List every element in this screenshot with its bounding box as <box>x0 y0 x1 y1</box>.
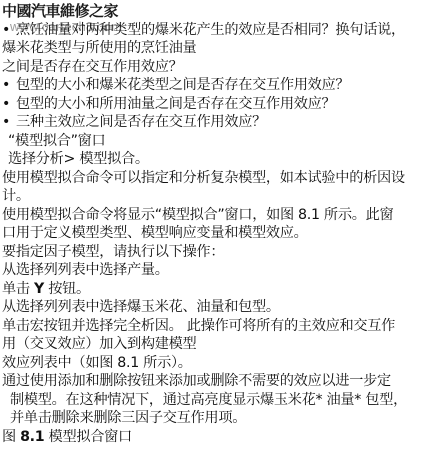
paragraph-line: 用（交叉效应）加入到构建模型 <box>2 335 443 354</box>
y-button-label: Y <box>34 281 44 297</box>
paragraph-line: 计。 <box>2 187 443 206</box>
bullet-icon: • <box>2 113 16 132</box>
paragraph-line: 从选择列列表中选择产量。 <box>2 261 443 280</box>
paragraph-line: 并单击删除来删除三因子交互作用项。 <box>2 409 443 428</box>
section-heading: “模型拟合”窗口 <box>2 132 443 151</box>
paragraph-line: 单击宏按钮并选择完全析因。 此操作可将所有的主效应和交互作 <box>2 317 443 336</box>
paragraph-line: 口用于定义模型类型、模型响应变量和模型效应。 <box>2 224 443 243</box>
step-line: 选择分析> 模型拟合。 <box>2 150 443 169</box>
bullet-item: •三种主效应之间是否存在交互作用效应？ <box>2 113 443 132</box>
document-body: •烹饪油量对两种类型的爆米花产生的效应是否相同？换句话说， 爆米花类型与所使用的… <box>2 2 443 446</box>
figure-caption: 图 8.1 模型拟合窗口 <box>2 428 443 447</box>
paragraph-line: 制模型。在这种情况下，通过高亮度显示爆玉米花* 油量* 包型， <box>2 391 443 410</box>
bullet-text: 三种主效应之间是否存在交互作用效应？ <box>16 114 266 130</box>
bullet-icon: • <box>2 95 16 114</box>
paragraph-line: 使用模型拟合命令可以指定和分析复杂模型，如本试验中的析因设 <box>2 169 443 188</box>
paragraph-line: 通过使用添加和删除按钮来添加或删除不需要的效应以进一步定 <box>2 372 443 391</box>
figure-number: 8.1 <box>20 429 44 445</box>
caption-prefix: 图 <box>2 429 20 445</box>
caption-title: 模型拟合窗口 <box>44 429 132 445</box>
paragraph-line: 从选择列列表中选择爆玉米花、油量和包型。 <box>2 298 443 317</box>
bullet-text: 烹饪油量对两种类型的爆米花产生的效应是否相同？换句话说， <box>16 22 405 38</box>
bullet-item: •包型的大小和所用油量之间是否存在交互作用效应？ <box>2 95 443 114</box>
watermark-line <box>2 2 443 21</box>
bullet-item: •烹饪油量对两种类型的爆米花产生的效应是否相同？换句话说， <box>2 21 443 40</box>
step-suffix: 按钮。 <box>44 281 90 297</box>
bullet-text: 包型的大小和爆米花类型之间是否存在交互作用效应？ <box>16 77 349 93</box>
bullet-text: 包型的大小和所用油量之间是否存在交互作用效应？ <box>16 96 335 112</box>
paragraph-line: 爆米花类型与所使用的烹饪油量 <box>2 39 443 58</box>
bullet-icon: • <box>2 76 16 95</box>
bullet-item: •包型的大小和爆米花类型之间是否存在交互作用效应？ <box>2 76 443 95</box>
paragraph-line: 使用模型拟合命令将显示“模型拟合”窗口，如图 8.1 所示。此窗 <box>2 206 443 225</box>
paragraph-line: 之间是否存在交互作用效应？ <box>2 58 443 77</box>
paragraph-line: 效应列表中（如图 8.1 所示）。 <box>2 354 443 373</box>
step-prefix: 单击 <box>2 281 34 297</box>
paragraph-line: 要指定因子模型，请执行以下操作： <box>2 243 443 262</box>
paragraph-line: 单击 Y 按钮。 <box>2 280 443 299</box>
bullet-icon: • <box>2 21 16 40</box>
